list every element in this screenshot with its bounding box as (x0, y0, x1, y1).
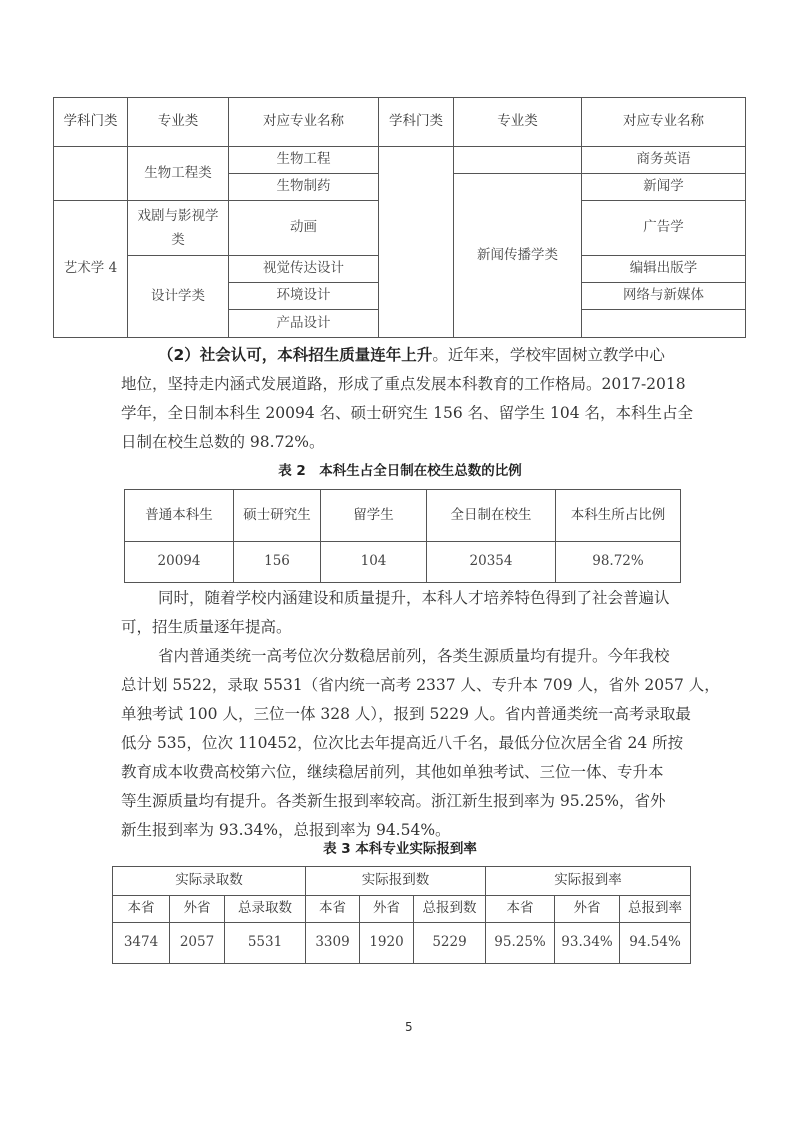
paragraph-line: 学年，全日制本科生 20094 名、硕士研究生 156 名、留学生 104 名，… (121, 399, 707, 428)
major-cell-right: 商务英语 (582, 147, 746, 174)
paragraph-line: 总计划 5522，录取 5531（省内统一高考 2337 人、专升本 709 人… (121, 671, 707, 700)
header-discipline-right: 学科门类 (379, 98, 454, 147)
subheader-out-province: 外省 (170, 896, 225, 923)
subheader-in-province: 本省 (113, 896, 170, 923)
value-cell: 93.34% (555, 923, 620, 964)
paragraph-line: 低分 535，位次 110452，位次比去年提高近八千名，最低分位次居全省 24… (121, 729, 707, 758)
value-fulltime-total: 20354 (427, 542, 556, 583)
header-category: 专业类 (128, 98, 229, 147)
value-cell: 95.25% (486, 923, 555, 964)
table3-caption: 表 3 本科专业实际报到率 (0, 837, 800, 857)
subheader-in-province: 本省 (486, 896, 555, 923)
paragraph-heading: 社会认可，本科招生质量连年上升 (200, 346, 433, 364)
group-registration-rate: 实际报到率 (486, 867, 691, 896)
paragraph-social-recognition: （2）社会认可，本科招生质量连年上升。近年来，学校牢固树立教学中心 地位，坚持走… (121, 341, 707, 457)
major-cell-right: 广告学 (582, 201, 746, 256)
major-cell-right-empty (582, 310, 746, 338)
value-cell: 1920 (360, 923, 414, 964)
value-cell: 5229 (414, 923, 486, 964)
paragraph-line: 地位，坚持走内涵式发展道路，形成了重点发展本科教育的工作格局。2017-2018 (121, 370, 707, 399)
subheader-out-province: 外省 (360, 896, 414, 923)
value-masters: 156 (234, 542, 321, 583)
major-cell: 生物工程 (229, 147, 379, 174)
header-major-name-right: 对应专业名称 (582, 98, 746, 147)
major-cell: 产品设计 (229, 310, 379, 338)
header-fulltime-total: 全日制在校生 (427, 490, 556, 542)
subheader-in-province: 本省 (306, 896, 360, 923)
major-cell: 生物制药 (229, 174, 379, 201)
header-masters: 硕士研究生 (234, 490, 321, 542)
paragraph-prefix: （2） (158, 346, 200, 364)
category-cell-right-empty (454, 147, 582, 174)
subheader-total-rate: 总报到率 (620, 896, 691, 923)
major-cell: 视觉传达设计 (229, 256, 379, 283)
table2-caption: 表 2 本科生占全日制在校生总数的比例 (0, 459, 800, 479)
paragraph-line: 单独考试 100 人，三位一体 328 人），报到 5229 人。省内普通类统一… (121, 700, 707, 729)
paragraph-line: 。近年来，学校牢固树立教学中心 (432, 346, 665, 364)
discipline-cell: 艺术学 4 (54, 201, 128, 338)
value-cell: 2057 (170, 923, 225, 964)
header-undergraduates: 普通本科生 (125, 490, 234, 542)
major-cell: 动画 (229, 201, 379, 256)
header-undergrad-ratio: 本科生所占比例 (556, 490, 681, 542)
paragraph-line: 等生源质量均有提升。各类新生报到率较高。浙江新生报到率为 95.25%，省外 (121, 787, 707, 816)
value-undergraduates: 20094 (125, 542, 234, 583)
group-admitted: 实际录取数 (113, 867, 306, 896)
major-cell-right: 新闻学 (582, 174, 746, 201)
header-international: 留学生 (321, 490, 427, 542)
discipline-cell-right-empty (379, 147, 454, 338)
value-cell: 3474 (113, 923, 170, 964)
category-cell: 戏剧与影视学类 (128, 201, 229, 256)
paragraph-line: 日制在校生总数的 98.72%。 (121, 428, 707, 457)
student-ratio-table: 普通本科生 硕士研究生 留学生 全日制在校生 本科生所占比例 20094 156… (124, 489, 681, 583)
major-cell: 环境设计 (229, 283, 379, 310)
subheader-out-province: 外省 (555, 896, 620, 923)
value-cell: 5531 (225, 923, 306, 964)
page-number: 5 (405, 1020, 413, 1034)
paragraph-quality: 同时，随着学校内涵建设和质量提升，本科人才培养特色得到了社会普遍认 可，招生质量… (121, 584, 707, 642)
header-major-name: 对应专业名称 (229, 98, 379, 147)
category-cell: 生物工程类 (128, 147, 229, 201)
paragraph-admissions: 省内普通类统一高考位次分数稳居前列，各类生源质量均有提升。今年我校 总计划 55… (121, 642, 707, 845)
enrollment-rate-table: 实际录取数 实际报到数 实际报到率 本省 外省 总录取数 本省 外省 总报到数 … (112, 866, 691, 964)
group-registered: 实际报到数 (306, 867, 486, 896)
header-category-right: 专业类 (454, 98, 582, 147)
value-undergrad-ratio: 98.72% (556, 542, 681, 583)
header-discipline: 学科门类 (54, 98, 128, 147)
discipline-cell-empty (54, 147, 128, 201)
majors-table: 学科门类 专业类 对应专业名称 学科门类 专业类 对应专业名称 生物工程类 生物… (53, 97, 746, 338)
subheader-total-admitted: 总录取数 (225, 896, 306, 923)
paragraph-line: 可，招生质量逐年提高。 (121, 613, 707, 642)
paragraph-line: 同时，随着学校内涵建设和质量提升，本科人才培养特色得到了社会普遍认 (121, 584, 707, 613)
value-international: 104 (321, 542, 427, 583)
value-cell: 94.54% (620, 923, 691, 964)
major-cell-right: 网络与新媒体 (582, 283, 746, 310)
paragraph-line: 教育成本收费高校第六位，继续稳居前列，其他如单独考试、三位一体、专升本 (121, 758, 707, 787)
value-cell: 3309 (306, 923, 360, 964)
major-cell-right: 编辑出版学 (582, 256, 746, 283)
subheader-total-registered: 总报到数 (414, 896, 486, 923)
paragraph-line: 省内普通类统一高考位次分数稳居前列，各类生源质量均有提升。今年我校 (121, 642, 707, 671)
category-cell: 设计学类 (128, 256, 229, 338)
category-cell-right: 新闻传播学类 (454, 174, 582, 338)
